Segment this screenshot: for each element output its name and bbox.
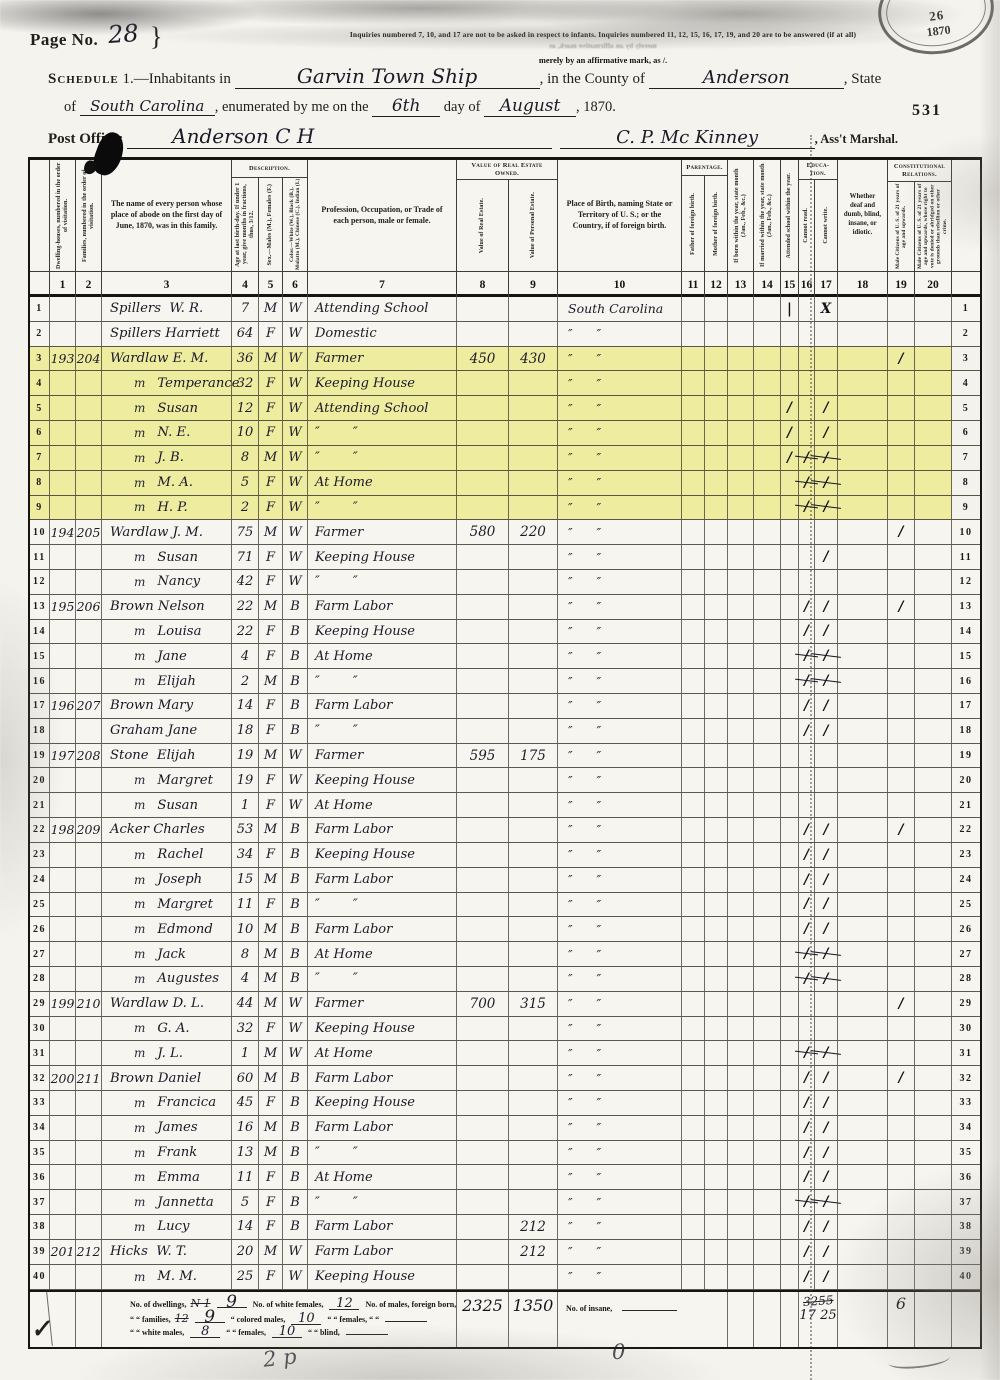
table-row: 9mH. P.2FW″ ″″ ″//9 [30,496,980,521]
cell-deaf-dumb [838,1066,888,1090]
cell-citizen-denied [915,520,952,544]
cell-occupation: Farm Labor [308,595,457,619]
cell-birthplace: ″ ″ [558,942,682,966]
line-number-left: 16 [30,669,50,693]
line-number-right: 16 [952,669,980,693]
cell-marriage-month [754,1190,781,1214]
cell-citizen-denied [915,1091,952,1115]
cell-birth-month [728,570,754,594]
cell-personal-estate [509,669,558,693]
cell-real-estate: 450 [457,347,509,371]
cell-name: mMargret [102,893,232,917]
line-number-right: 14 [952,620,980,644]
enumerated-label: , enumerated by me on the [215,99,369,116]
cell-father-foreign [682,545,705,569]
cell-color: B [283,694,308,718]
cell-name: Stone Elijah [102,744,232,768]
table-header: Dwelling-houses, numbered in the order o… [30,160,980,297]
cell-color: W [283,421,308,445]
cell-occupation: Farm Labor [308,1240,457,1264]
cell-mother-foreign [705,1190,728,1214]
cell-name: mN. E. [102,421,232,445]
table-row: 2Spillers Harriett64FWDomestic″ ″2 [30,322,980,347]
cell-dwelling-number [50,620,76,644]
cell-name: Hicks W. T. [102,1240,232,1264]
cell-family-number [76,1265,102,1289]
person-name: Emma [157,1170,200,1185]
cell-male-citizen [888,669,915,693]
cell-marriage-month [754,496,781,520]
cell-cannot-read: / [799,1141,815,1165]
cell-birthplace: ″ ″ [558,967,682,991]
cell-color: B [283,843,308,867]
table-row: 20mMargret19FWKeeping House″ ″20 [30,768,980,793]
cell-marriage-month [754,843,781,867]
cell-marriage-month [754,545,781,569]
cell-male-citizen [888,620,915,644]
column-number-7: 7 [308,272,457,297]
cell-personal-estate [509,496,558,520]
line-number-right: 30 [952,1017,980,1041]
summary-real-estate-total: 2325 [457,1292,509,1347]
cell-family-number: 211 [76,1066,102,1090]
column-number-2: 2 [76,272,102,297]
cell-father-foreign [682,843,705,867]
cell-cannot-write: / [815,1165,838,1189]
person-name: Graham Jane [110,723,197,738]
cell-sex: M [259,917,283,941]
summary-white-females-value: 12 [329,1299,359,1310]
cell-father-foreign [682,620,705,644]
cell-dwelling-number [50,1165,76,1189]
cell-mother-foreign [705,371,728,395]
cell-color: B [283,917,308,941]
cell-age: 22 [232,620,259,644]
cell-dwelling-number [50,471,76,495]
table-row: 21mSusan1FWAt Home″ ″21 [30,793,980,818]
cell-age: 20 [232,1240,259,1264]
marshal-label: , Ass't Marshal. [815,132,898,147]
column-title-12: Mother of foreign birth. [713,192,720,256]
cell-attended-school [781,1215,799,1239]
person-name: Hicks W. T. [110,1244,187,1259]
cell-marriage-month [754,421,781,445]
cell-name: mElijah [102,669,232,693]
cell-citizen-denied [915,1141,952,1165]
table-row: 6mN. E.10FW″ ″″ ″//6 [30,421,980,446]
cell-birthplace: ″ ″ [558,893,682,917]
page-number-brace: } [150,22,162,52]
cell-age: 22 [232,595,259,619]
cell-occupation: At Home [308,793,457,817]
cell-marriage-month [754,396,781,420]
person-name: Susan [157,798,198,813]
cell-family-number [76,719,102,743]
cell-real-estate [457,545,509,569]
cell-dwelling-number [50,322,76,346]
cell-deaf-dumb [838,1265,888,1289]
cell-citizen-denied [915,992,952,1016]
cell-dwelling-number [50,768,76,792]
table-row: 8mM. A.5FWAt Home″ ″//8 [30,471,980,496]
cell-citizen-denied [915,1017,952,1041]
person-name: M. M. [157,1269,197,1284]
cell-mother-foreign [705,1215,728,1239]
cell-marriage-month [754,669,781,693]
cell-birth-month [728,768,754,792]
schedule-word: Schedule [48,71,119,88]
cell-citizen-denied [915,446,952,470]
cell-birthplace: ″ ″ [558,1165,682,1189]
cell-real-estate [457,620,509,644]
cell-father-foreign [682,347,705,371]
table-row: 40mM. M.25FWKeeping House″ ″//40 [30,1265,980,1290]
cell-age: 25 [232,1265,259,1289]
cell-name: mEmma [102,1165,232,1189]
cell-age: 4 [232,644,259,668]
ditto-mark: m [134,1220,145,1234]
person-name: Augustes [157,971,219,986]
summary-insane-label: No. of insane, [566,1304,612,1313]
cell-mother-foreign [705,322,728,346]
cell-cannot-read: / [799,1165,815,1189]
cell-male-citizen [888,644,915,668]
cell-male-citizen [888,768,915,792]
stray-handwriting-2: 0 [612,1340,625,1364]
cell-family-number: 208 [76,744,102,768]
cell-mother-foreign [705,992,728,1016]
cell-male-citizen [888,942,915,966]
cell-deaf-dumb [838,1190,888,1214]
line-number-left: 34 [30,1116,50,1140]
cell-dwelling-number [50,297,76,321]
footer-cell-right [952,1292,980,1347]
ditto-mark: m [134,1096,145,1110]
cell-attended-school [781,917,799,941]
person-name: M. A. [157,475,193,490]
cell-occupation: Keeping House [308,545,457,569]
line-number-left: 25 [30,893,50,917]
cell-family-number [76,1041,102,1065]
column-title-9: Value of Personal Estate. [530,192,537,258]
ditto-mark: m [134,426,145,440]
cell-attended-school [781,1165,799,1189]
cell-real-estate [457,893,509,917]
cell-birthplace: ″ ″ [558,868,682,892]
line-number-right: 23 [952,843,980,867]
cell-cannot-write: / [815,893,838,917]
cell-real-estate [457,446,509,470]
cell-personal-estate [509,1017,558,1041]
cell-personal-estate [509,371,558,395]
cell-sex: M [259,1116,283,1140]
cell-male-citizen [888,893,915,917]
cell-father-foreign [682,669,705,693]
cell-sex: F [259,1091,283,1115]
cell-citizen-denied [915,471,952,495]
cell-personal-estate [509,570,558,594]
cell-birth-month [728,620,754,644]
column-number-row: 1 2 3 4 5 6 7 8 9 10 11 12 13 14 15 16 1… [30,271,980,297]
person-name: Acker Charles [110,822,205,837]
cell-cannot-write: / [815,446,838,470]
cell-name: Spillers Harriett [102,322,232,346]
cell-marriage-month [754,967,781,991]
cell-real-estate [457,1141,509,1165]
summary-colored-females-label: “ “ females, [226,1328,266,1337]
cell-sex: F [259,694,283,718]
cell-birth-month [728,967,754,991]
cell-citizen-denied [915,669,952,693]
column-number-8: 8 [457,272,509,297]
cell-male-citizen [888,371,915,395]
cell-marriage-month [754,694,781,718]
footer-cell-14 [754,1292,781,1347]
cell-attended-school [781,471,799,495]
cell-personal-estate: 212 [509,1215,558,1239]
cell-father-foreign [682,694,705,718]
ditto-mark: m [134,1170,145,1184]
cell-sex: M [259,1041,283,1065]
cell-name: mAugustes [102,967,232,991]
cell-name: mFrank [102,1141,232,1165]
cell-cannot-read: / [799,1215,815,1239]
cell-mother-foreign [705,644,728,668]
cell-occupation: Farm Labor [308,868,457,892]
cell-dwelling-number [50,868,76,892]
cell-father-foreign [682,744,705,768]
fold-line [810,135,812,1380]
ditto-mark: m [134,500,145,514]
cell-cannot-write: / [815,669,838,693]
cell-citizen-denied [915,322,952,346]
cell-mother-foreign [705,347,728,371]
column-number-10: 10 [558,272,682,297]
stray-handwriting-1: 2 p [262,1344,298,1371]
column-header-14: If married within the year, state month … [754,160,781,271]
cell-male-citizen [888,694,915,718]
cell-dwelling-number: 200 [50,1066,76,1090]
cell-mother-foreign [705,1017,728,1041]
cell-birth-month [728,1240,754,1264]
cell-dwelling-number [50,917,76,941]
cell-real-estate [457,1240,509,1264]
cell-male-citizen [888,917,915,941]
cell-family-number: 205 [76,520,102,544]
cell-deaf-dumb [838,893,888,917]
cell-family-number: 204 [76,347,102,371]
cell-personal-estate: 175 [509,744,558,768]
cell-age: 2 [232,669,259,693]
line-number-right: 35 [952,1141,980,1165]
column-number-6: 6 [283,272,308,297]
cell-personal-estate [509,644,558,668]
cell-real-estate [457,371,509,395]
cell-father-foreign [682,992,705,1016]
footer-cell-20 [915,1292,952,1347]
cell-male-citizen [888,446,915,470]
cell-sex: M [259,595,283,619]
table-row: 39201212Hicks W. T.20MWFarm Labor212″ ″/… [30,1240,980,1265]
cell-attended-school [781,868,799,892]
cell-color: B [283,1116,308,1140]
cell-occupation: ″ ″ [308,1190,457,1214]
cell-deaf-dumb [838,669,888,693]
cell-family-number [76,644,102,668]
state-suffix: , State [844,71,882,88]
cell-cannot-write: / [815,1041,838,1065]
cell-mother-foreign [705,669,728,693]
person-name: Margret [157,773,213,788]
cell-birthplace: ″ ″ [558,644,682,668]
cell-birthplace: ″ ″ [558,843,682,867]
table-row: 19197208Stone Elijah19MWFarmer595175″ ″1… [30,744,980,769]
cell-occupation: Farm Labor [308,917,457,941]
cell-deaf-dumb [838,1240,888,1264]
cell-birth-month [728,694,754,718]
cell-birthplace: ″ ″ [558,496,682,520]
line-number-left: 14 [30,620,50,644]
county-label: , in the County of [540,71,645,88]
cell-deaf-dumb [838,322,888,346]
cell-dwelling-number: 196 [50,694,76,718]
cell-father-foreign [682,1116,705,1140]
column-number-17: 17 [815,272,838,297]
cell-cannot-read [799,371,815,395]
cell-attended-school [781,1116,799,1140]
cell-family-number [76,322,102,346]
census-rows: 1Spillers W. R.7MWAttending SchoolSouth … [30,297,980,1290]
cell-citizen-denied [915,768,952,792]
cell-male-citizen [888,1240,915,1264]
line-number-right: 12 [952,570,980,594]
cell-name: mFrancica [102,1091,232,1115]
column-title-10: Place of Birth, naming State or Territor… [558,199,681,231]
cell-sex: M [259,520,283,544]
column-header-15: Attended school within the year. [781,160,799,271]
cell-occupation: Farmer [308,520,457,544]
cell-cannot-read: / [799,1091,815,1115]
column-header-9: Value of Personal Estate. [509,180,558,271]
cell-occupation: Farmer [308,347,457,371]
table-row: 26mEdmond10MBFarm Labor″ ″//26 [30,917,980,942]
cell-dwelling-number [50,1017,76,1041]
cell-personal-estate [509,868,558,892]
cell-deaf-dumb [838,768,888,792]
year-label: , 1870. [576,99,616,116]
cell-birthplace: ″ ″ [558,620,682,644]
cell-mother-foreign [705,396,728,420]
line-number-left: 10 [30,520,50,544]
summary-families-label: “ “ families, [130,1315,171,1324]
cell-real-estate [457,669,509,693]
cell-name: mLucy [102,1215,232,1239]
line-number-right: 5 [952,396,980,420]
cell-cannot-write: / [815,1190,838,1214]
cell-family-number [76,843,102,867]
cell-cannot-read [799,297,815,321]
cell-occupation: Keeping House [308,843,457,867]
cell-male-citizen: / [888,595,915,619]
person-name: Jane [157,649,186,664]
cell-deaf-dumb [838,297,888,321]
cell-cannot-write: / [815,967,838,991]
column-number-13: 13 [728,272,754,297]
column-header-10: Place of Birth, naming State or Territor… [558,160,682,271]
cell-name: mSusan [102,396,232,420]
cell-color: W [283,347,308,371]
cell-color: W [283,322,308,346]
cell-mother-foreign [705,446,728,470]
ditto-mark: m [134,1270,145,1284]
cell-color: B [283,595,308,619]
person-name: Lucy [157,1219,189,1234]
cell-personal-estate [509,942,558,966]
cell-birthplace: ″ ″ [558,1215,682,1239]
cell-cannot-read: / [799,917,815,941]
cell-birthplace: ″ ″ [558,1017,682,1041]
cell-age: 44 [232,992,259,1016]
cell-marriage-month [754,818,781,842]
township-field: Garvin Town Ship [235,64,540,89]
table-row: 35mFrank13MB″ ″″ ″//35 [30,1141,980,1166]
cell-real-estate: 700 [457,992,509,1016]
cell-deaf-dumb [838,818,888,842]
line-number-right: 3 [952,347,980,371]
cell-male-citizen [888,396,915,420]
cell-male-citizen: / [888,347,915,371]
cell-birth-month [728,371,754,395]
ditto-mark: m [134,575,145,589]
page-number-value: 28 [107,19,139,49]
cell-sex: F [259,1190,283,1214]
cell-name: mJack [102,942,232,966]
cell-deaf-dumb [838,1116,888,1140]
cell-personal-estate [509,1091,558,1115]
cell-color: W [283,1265,308,1289]
cell-father-foreign [682,396,705,420]
cell-deaf-dumb [838,1215,888,1239]
cell-cannot-write: / [815,620,838,644]
cell-dwelling-number [50,570,76,594]
cell-cannot-read: / [799,620,815,644]
column-title-18: Whether deaf and dumb, blind, insane, or… [838,193,887,237]
cell-birthplace: ″ ″ [558,545,682,569]
cell-attended-school [781,570,799,594]
group-header-constitutional: Constitutional Relations. [888,160,952,182]
column-number-15: 15 [781,272,799,297]
table-row: 25mMargret11FB″ ″″ ″//25 [30,893,980,918]
line-number-left: 9 [30,496,50,520]
cell-occupation: Keeping House [308,1265,457,1289]
line-number-right: 1 [952,297,980,321]
cell-dwelling-number: 194 [50,520,76,544]
person-name: Stone Elijah [110,748,195,763]
cell-citizen-denied [915,1066,952,1090]
cell-occupation: Farm Labor [308,818,457,842]
cell-real-estate [457,1190,509,1214]
cell-mother-foreign [705,1041,728,1065]
cell-attended-school [781,694,799,718]
cell-name: mM. A. [102,471,232,495]
person-name: Francica [157,1095,216,1110]
cell-dwelling-number [50,793,76,817]
cell-father-foreign [682,868,705,892]
ditto-mark: m [134,476,145,490]
cell-cannot-read: / [799,595,815,619]
cell-father-foreign [682,967,705,991]
line-number-left: 30 [30,1017,50,1041]
